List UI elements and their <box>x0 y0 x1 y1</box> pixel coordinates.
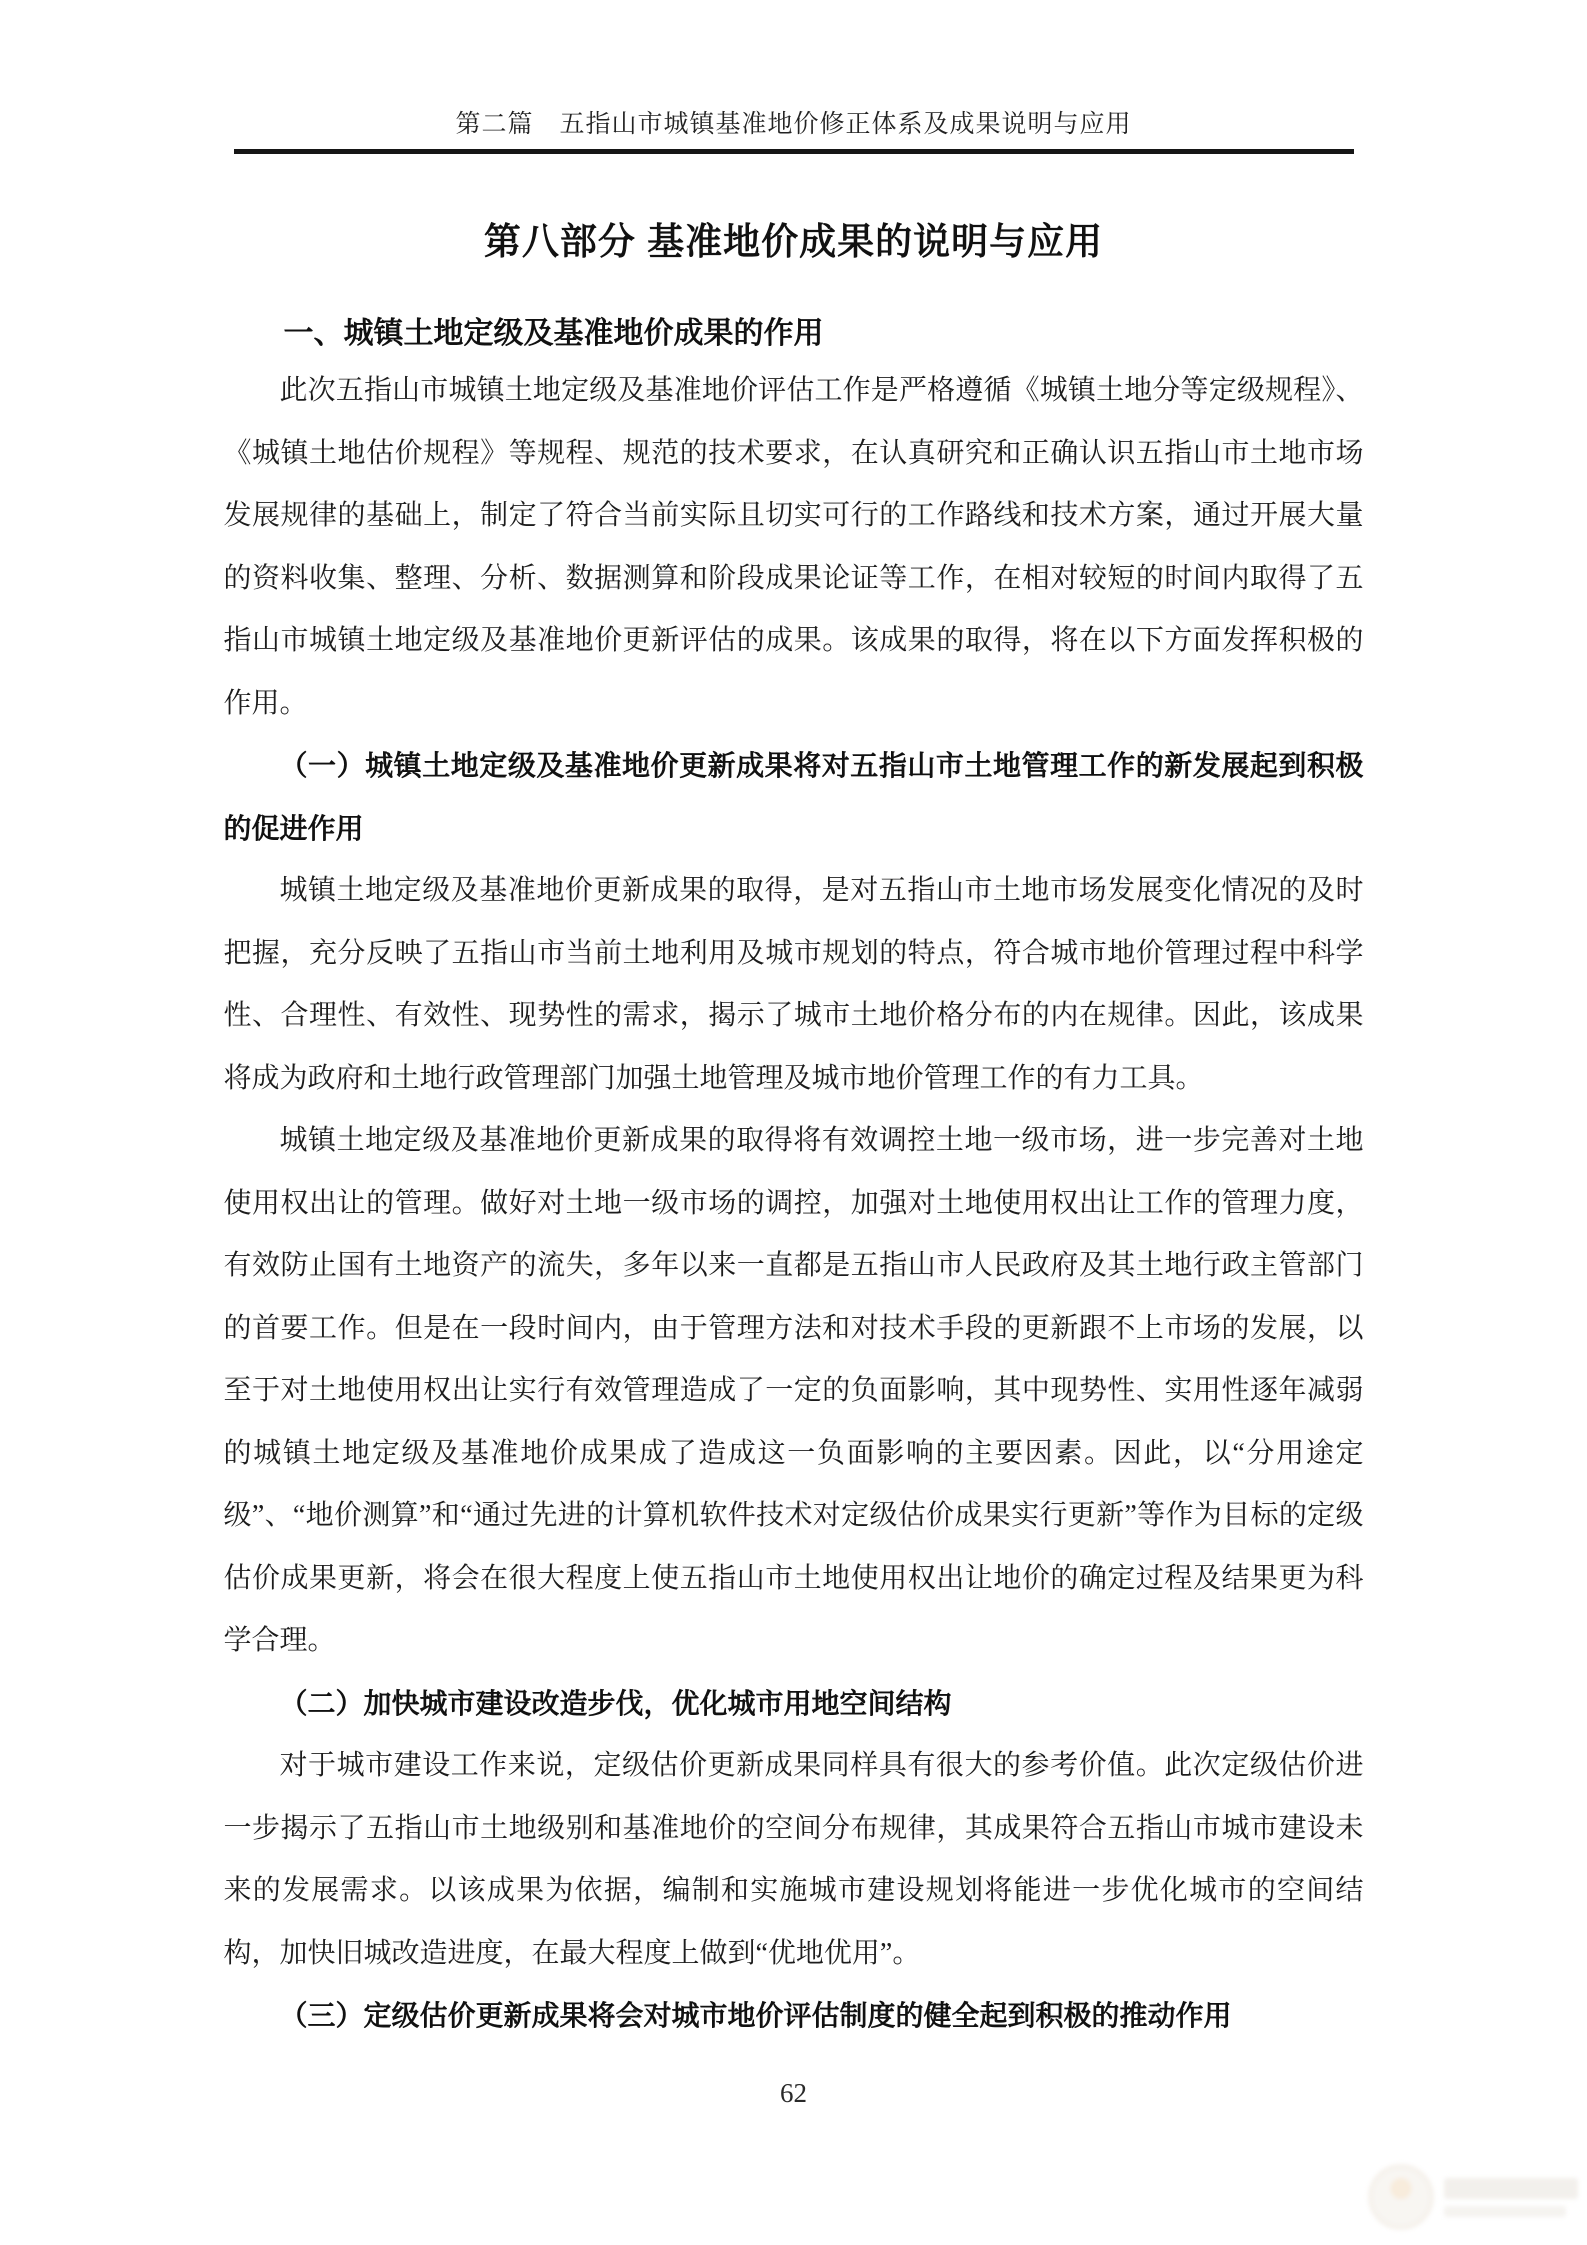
document-page: 第二篇 五指山市城镇基准地价修正体系及成果说明与应用 第八部分 基准地价成果的说… <box>0 0 1587 2245</box>
running-header: 第二篇 五指山市城镇基准地价修正体系及成果说明与应用 <box>234 0 1354 154</box>
sub-heading-2: （二）加快城市建设改造步伐，优化城市用地空间结构 <box>224 1673 1364 1736</box>
section-heading-1: 一、城镇土地定级及基准地价成果的作用 <box>224 310 1364 358</box>
site-watermark <box>1368 2151 1583 2243</box>
page-number: 62 <box>0 2078 1587 2109</box>
paragraph-3: 城镇土地定级及基准地价更新成果的取得将有效调控土地一级市场，进一步完善对土地使用… <box>224 1110 1364 1673</box>
paragraph-2: 城镇土地定级及基准地价更新成果的取得，是对五指山市土地市场发展变化情况的及时把握… <box>224 860 1364 1110</box>
sub-heading-1: （一）城镇土地定级及基准地价更新成果将对五指山市土地管理工作的新发展起到积极的促… <box>224 735 1364 860</box>
paragraph-4: 对于城市建设工作来说，定级估价更新成果同样具有很大的参考价值。此次定级估价进一步… <box>224 1735 1364 1985</box>
watermark-url-line <box>1444 2206 1566 2217</box>
running-header-text: 第二篇 五指山市城镇基准地价修正体系及成果说明与应用 <box>234 110 1354 140</box>
sub-heading-3: （三）定级估价更新成果将会对城市地价评估制度的健全起到积极的推动作用 <box>224 1985 1364 2048</box>
chapter-title: 第八部分 基准地价成果的说明与应用 <box>0 218 1587 266</box>
watermark-title-line <box>1444 2178 1578 2199</box>
watermark-logo-icon <box>1368 2164 1434 2230</box>
paragraph-1: 此次五指山市城镇土地定级及基准地价评估工作是严格遵循《城镇土地分等定级规程》、《… <box>224 360 1364 735</box>
document-body: 一、城镇土地定级及基准地价成果的作用 此次五指山市城镇土地定级及基准地价评估工作… <box>224 310 1364 2048</box>
watermark-text-lines <box>1444 2178 1578 2217</box>
